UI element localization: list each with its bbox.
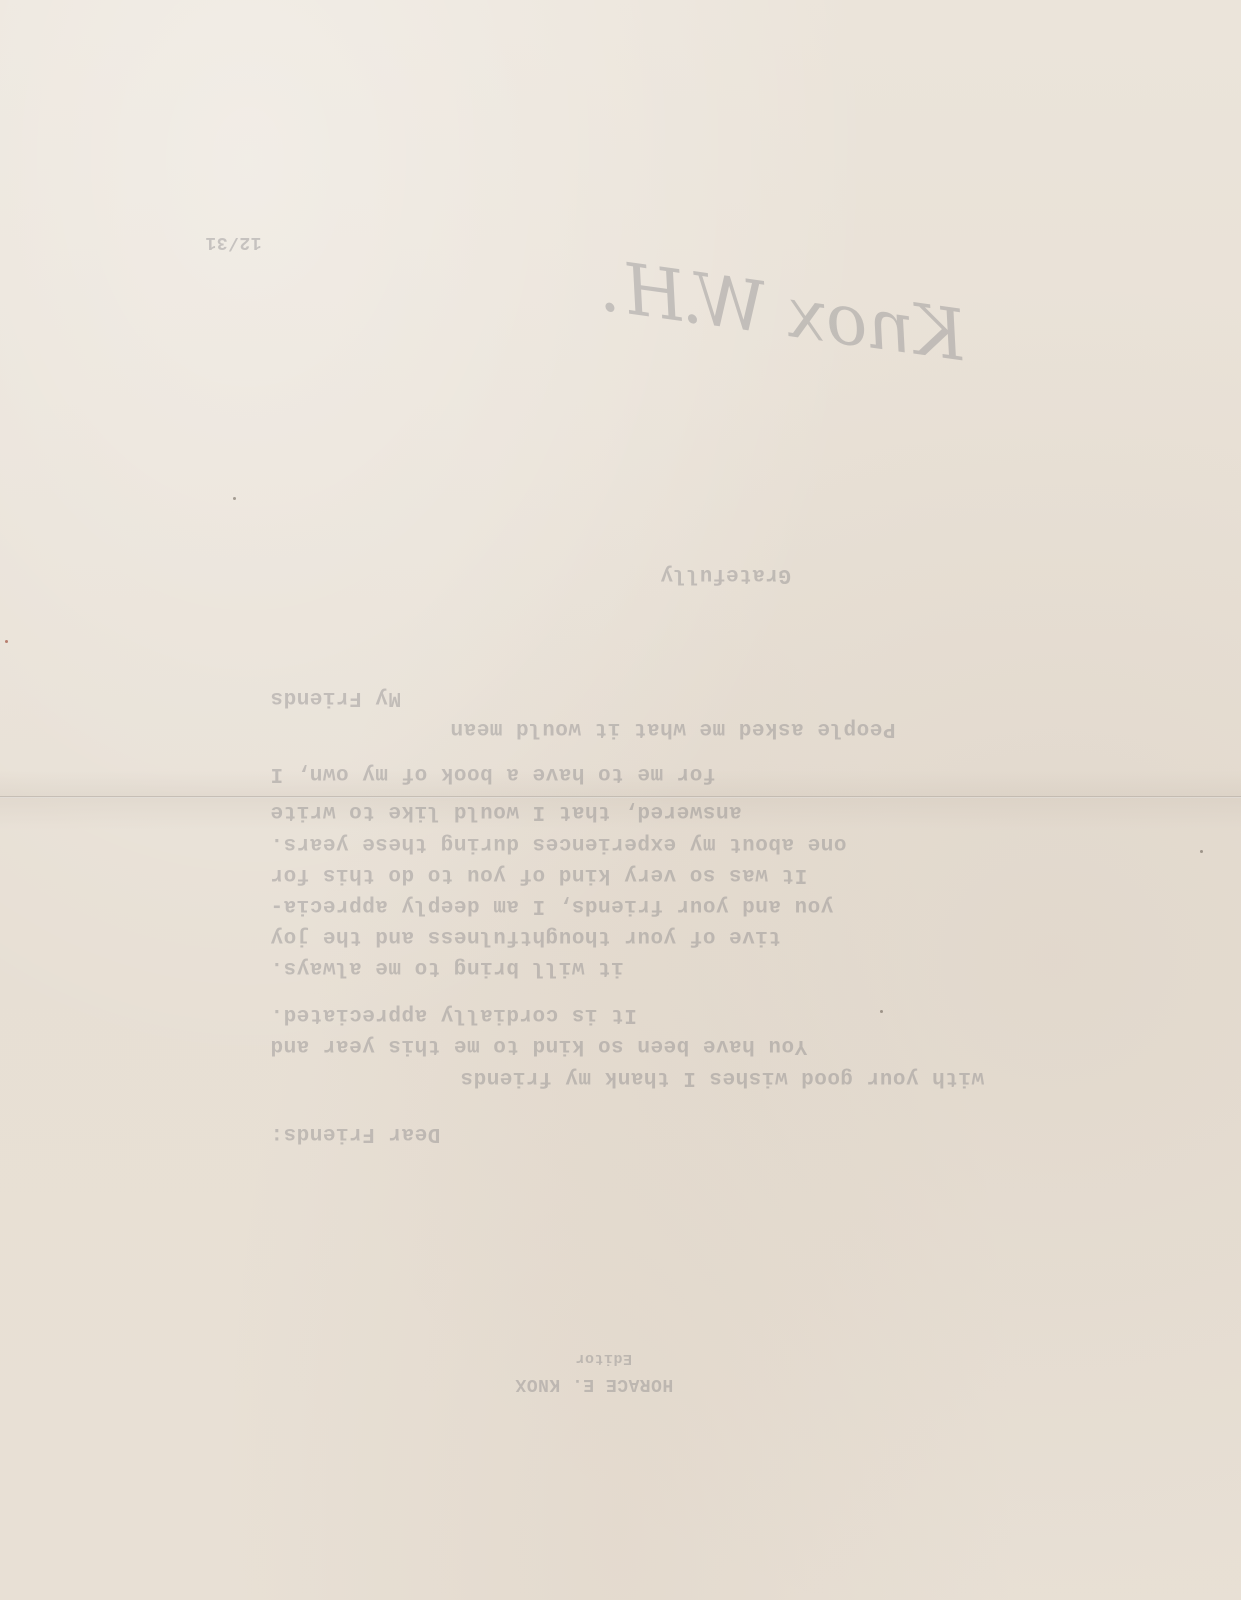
signature-title: Editor (575, 1350, 632, 1367)
paper-fold-line (0, 796, 1241, 798)
heading: Gratefully (660, 563, 791, 586)
body-line-3: one about my experiences during these ye… (270, 832, 847, 855)
paper-speck (880, 1010, 883, 1013)
body-line-6: tive of your thoughtfulness and the joy (270, 925, 781, 948)
closing-line-1: You have been so kind to me this year an… (270, 1034, 807, 1057)
body-line-4: It was so very kind of you to do this fo… (270, 863, 807, 886)
body-line-0: People asked me what it would mean (450, 717, 895, 740)
closing-line-0: It is cordially appreciated. (270, 1003, 637, 1026)
paper-speck (233, 497, 236, 500)
closing-line-2: with your good wishes I thank my friends (460, 1066, 984, 1089)
paper-speck (1200, 850, 1203, 853)
body-line-2: answered, that I would like to write (270, 800, 742, 823)
body-line-1: for me to have a book of my own, I (270, 762, 715, 785)
signature-name: HORACE E. KNOX (515, 1374, 673, 1394)
salutation-bleed: My Friends (270, 686, 401, 709)
body-line-7: it will bring to me always. (270, 956, 624, 979)
body-line-5: you and your friends, I am deeply apprec… (270, 894, 833, 917)
paper-speck (5, 640, 8, 643)
top-reference: 12/31 (205, 232, 262, 252)
greeting: Dear Friends: (270, 1122, 440, 1145)
